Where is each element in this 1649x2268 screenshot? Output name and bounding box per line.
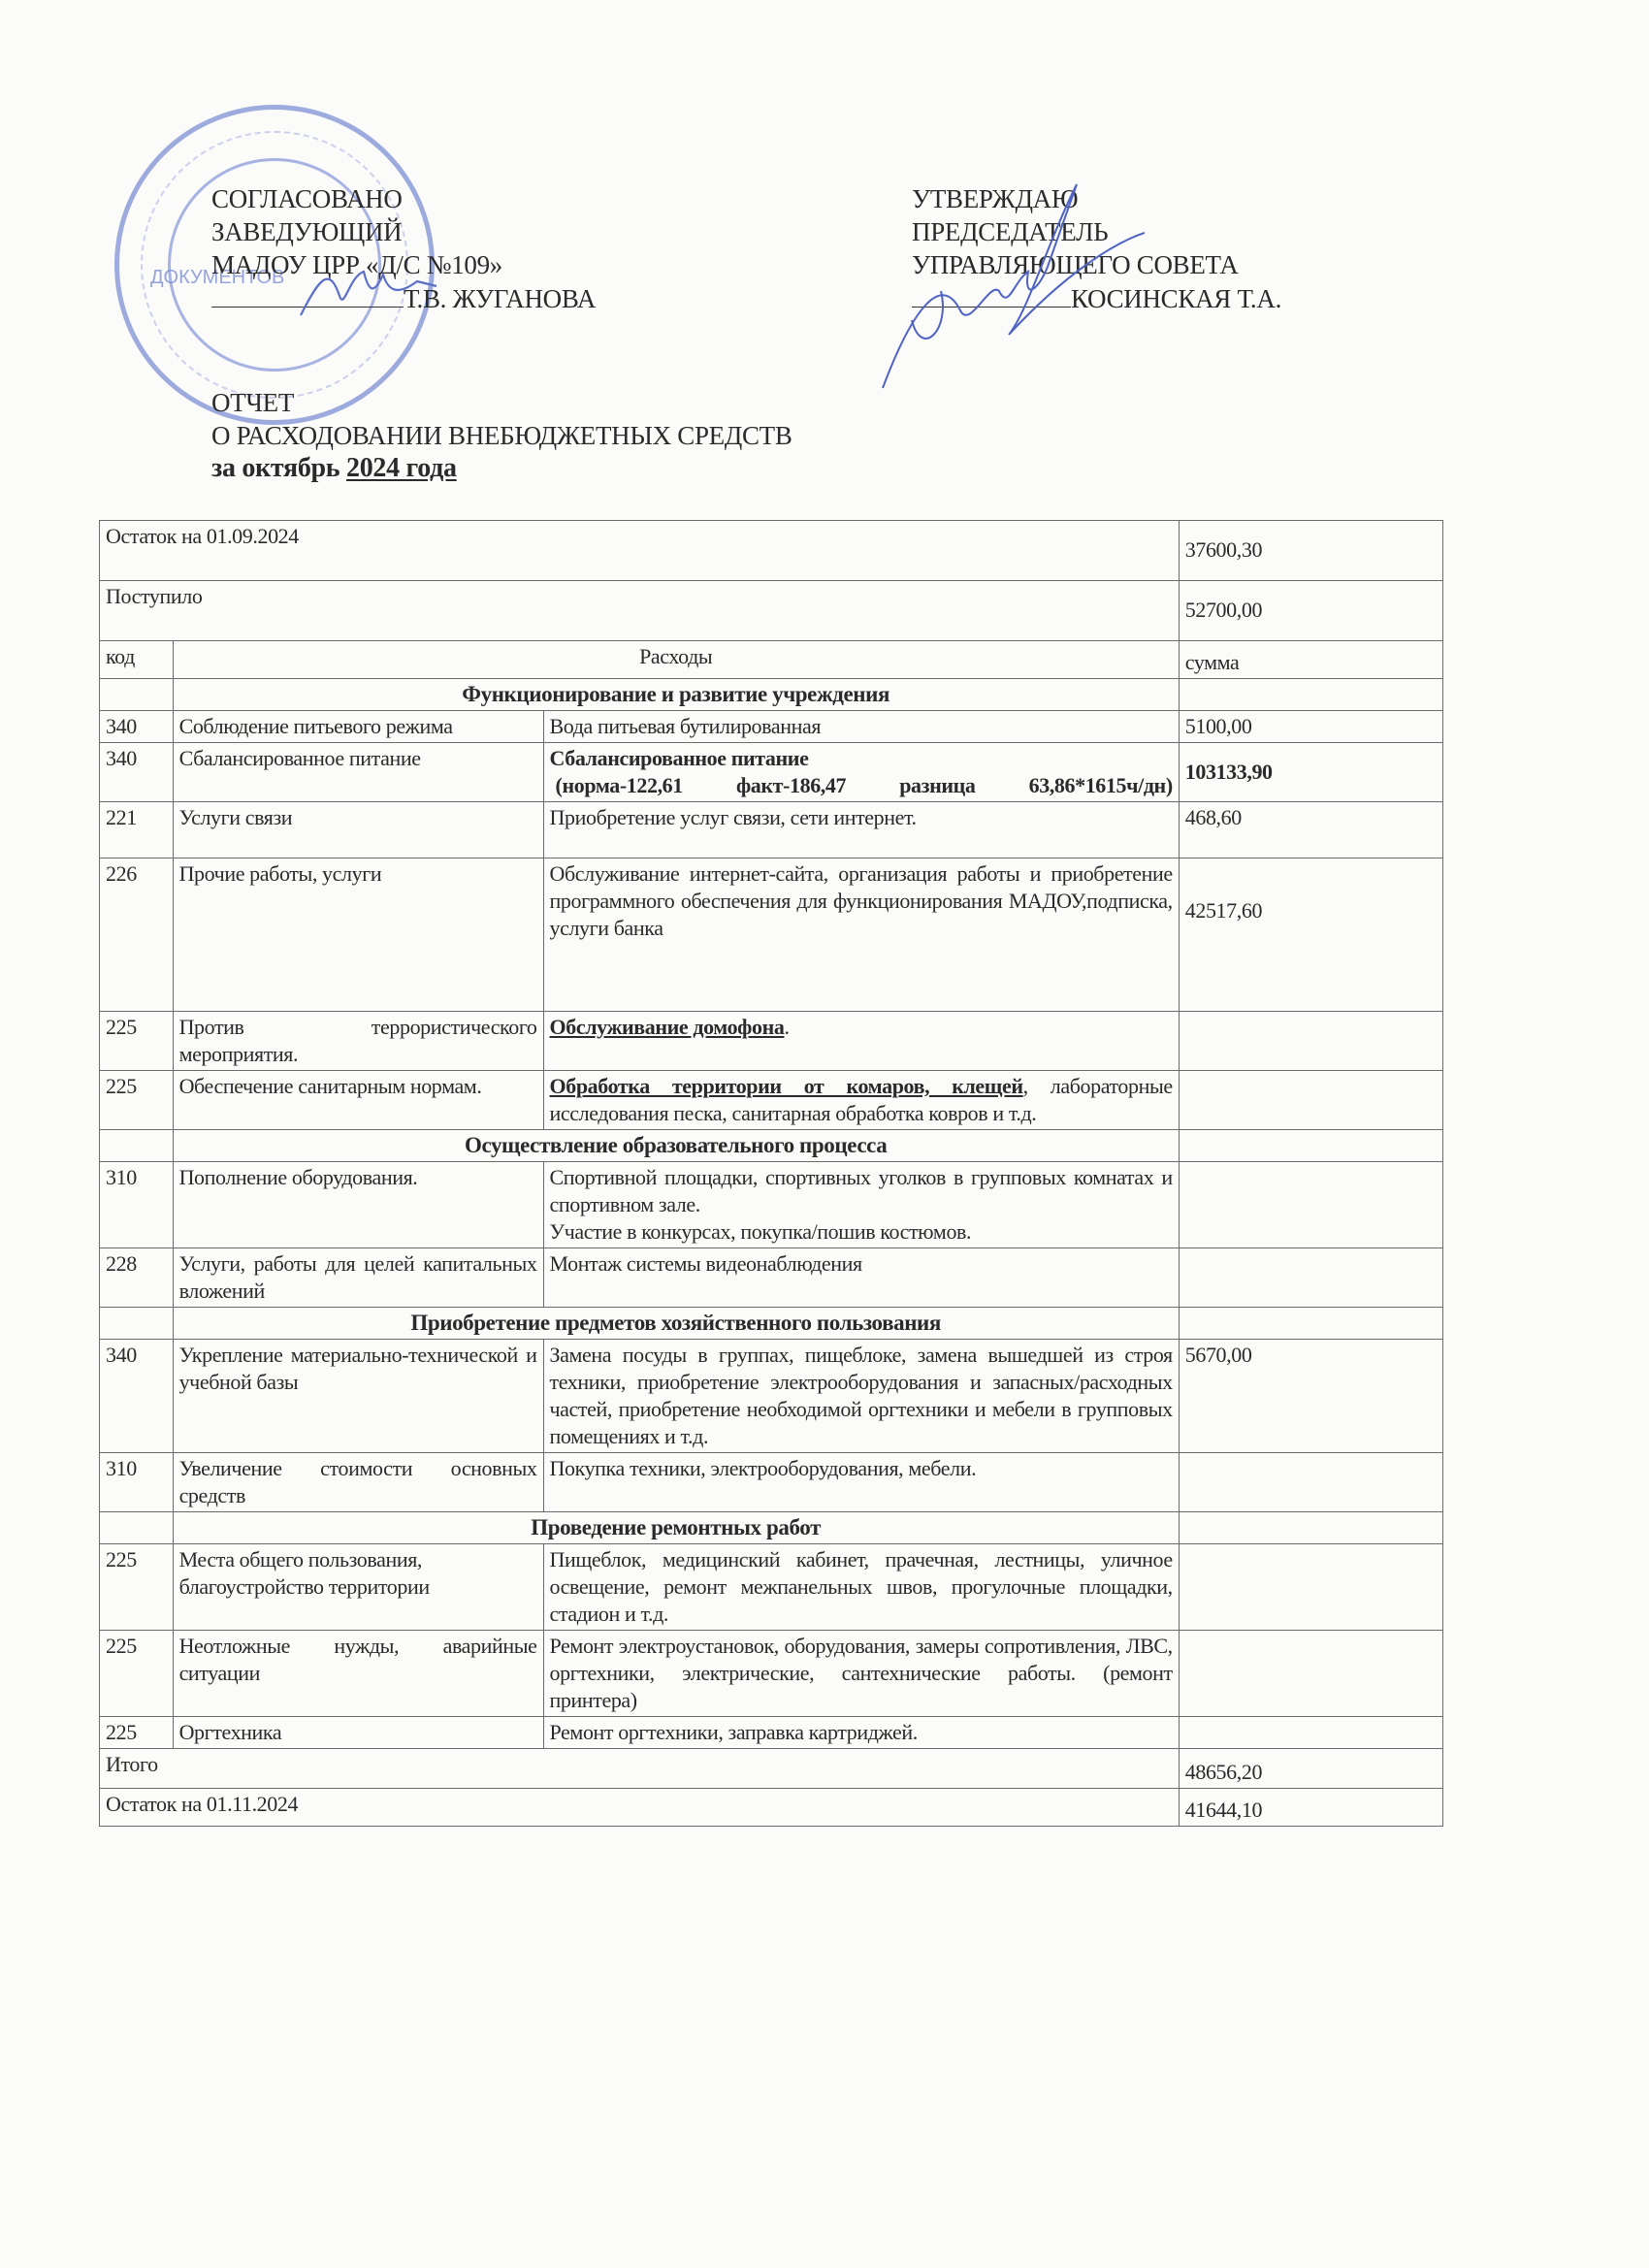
row-sum: 468,60 — [1179, 802, 1442, 859]
table-row: 310 Увеличение стоимости основных средст… — [100, 1453, 1443, 1512]
empty-cell — [1179, 1512, 1442, 1544]
row-sum — [1179, 1631, 1442, 1717]
approval-left-line2: ЗАВЕДУЮЩИЙ — [211, 215, 596, 248]
row-description: Монтаж системы видеонаблюдения — [543, 1248, 1179, 1308]
section-title: Осуществление образовательного процесса — [173, 1130, 1179, 1162]
row-code: 225 — [100, 1717, 174, 1749]
empty-cell — [100, 1130, 174, 1162]
row-category: Укрепление материально-технической и уче… — [173, 1340, 543, 1453]
row-category: Увеличение стоимости основных средств — [173, 1453, 543, 1512]
row-description: Пищеблок, медицинский кабинет, прачечная… — [543, 1544, 1179, 1631]
table-row: 228 Услуги, работы для целей капитальных… — [100, 1248, 1443, 1308]
table-row: 225 Оргтехника Ремонт оргтехники, заправ… — [100, 1717, 1443, 1749]
table-row: 225 Места общего пользования, благоустро… — [100, 1544, 1443, 1631]
row-description: Покупка техники, электрооборудования, ме… — [543, 1453, 1179, 1512]
row-category: Места общего пользования, благоустройств… — [173, 1544, 543, 1631]
row-description: Вода питьевая бутилированная — [543, 711, 1179, 743]
table-row: 225 Обеспечение санитарным нормам. Обраб… — [100, 1071, 1443, 1130]
closing-balance-value: 41644,10 — [1179, 1789, 1442, 1827]
empty-cell — [1179, 1308, 1442, 1340]
row-category: Соблюдение питьевого режима — [173, 711, 543, 743]
section-title: Проведение ремонтных работ — [173, 1512, 1179, 1544]
section-header: Осуществление образовательного процесса — [100, 1130, 1443, 1162]
header-row: код Расходы сумма — [100, 641, 1443, 679]
row-description: Спортивной площадки, спортивных уголков … — [550, 1164, 1173, 1218]
section-header: Приобретение предметов хозяйственного по… — [100, 1308, 1443, 1340]
row-category: Услуги, работы для целей капитальных вло… — [173, 1248, 543, 1308]
received-value: 52700,00 — [1179, 581, 1442, 641]
table-row: 226 Прочие работы, услуги Обслуживание и… — [100, 859, 1443, 1012]
opening-balance-label: Остаток на 01.09.2024 — [100, 521, 1180, 581]
total-label: Итого — [100, 1749, 1180, 1789]
row-category: Оргтехника — [173, 1717, 543, 1749]
row-description: Обслуживание интернет-сайта, организация… — [543, 859, 1179, 1012]
row-category: Прочие работы, услуги — [173, 859, 543, 1012]
row-code: 225 — [100, 1071, 174, 1130]
row-code: 310 — [100, 1162, 174, 1248]
row-sum — [1179, 1071, 1442, 1130]
row-description-cell: Сбалансированное питание (норма-122,61 ф… — [543, 743, 1179, 802]
row-description: Ремонт электроустановок, оборудования, з… — [543, 1631, 1179, 1717]
row-code: 340 — [100, 711, 174, 743]
row-category: Сбалансированное питание — [173, 743, 543, 802]
row-description-underlined: Обработка территории от комаров, клещей — [550, 1074, 1023, 1098]
opening-balance-row: Остаток на 01.09.2024 37600,30 — [100, 521, 1443, 581]
row-category: Против террористического мероприятия. — [173, 1012, 543, 1071]
row-description: Приобретение услуг связи, сети интернет. — [543, 802, 1179, 859]
row-code: 226 — [100, 859, 174, 1012]
title-line2: О РАСХОДОВАНИИ ВНЕБЮДЖЕТНЫХ СРЕДСТВ — [211, 419, 792, 452]
row-description-cell: Обслуживание домофона. — [543, 1012, 1179, 1071]
row-sum: 42517,60 — [1179, 859, 1442, 1012]
received-label: Поступило — [100, 581, 1180, 641]
row-description-2: Участие в конкурсах, покупка/пошив костю… — [550, 1218, 1173, 1246]
row-category: Неотложные нужды, аварийные ситуации — [173, 1631, 543, 1717]
table-row: 225 Неотложные нужды, аварийные ситуации… — [100, 1631, 1443, 1717]
row-code: 340 — [100, 743, 174, 802]
total-value: 48656,20 — [1179, 1749, 1442, 1789]
row-sum: 103133,90 — [1179, 743, 1442, 802]
row-code: 225 — [100, 1012, 174, 1071]
row-description-cell: Спортивной площадки, спортивных уголков … — [543, 1162, 1179, 1248]
section-header: Проведение ремонтных работ — [100, 1512, 1443, 1544]
row-code: 225 — [100, 1544, 174, 1631]
row-code: 310 — [100, 1453, 174, 1512]
row-category: Пополнение оборудования. — [173, 1162, 543, 1248]
row-sum — [1179, 1717, 1442, 1749]
closing-balance-label: Остаток на 01.11.2024 — [100, 1789, 1180, 1827]
expense-report-table: Остаток на 01.09.2024 37600,30 Поступило… — [99, 520, 1443, 1827]
row-code: 340 — [100, 1340, 174, 1453]
row-sum — [1179, 1248, 1442, 1308]
empty-cell — [100, 679, 174, 711]
header-code: код — [100, 641, 174, 679]
row-sum — [1179, 1012, 1442, 1071]
table-row: 225 Против террористического мероприятия… — [100, 1012, 1443, 1071]
row-sum — [1179, 1544, 1442, 1631]
row-description: Замена посуды в группах, пищеблоке, заме… — [543, 1340, 1179, 1453]
section-title: Приобретение предметов хозяйственного по… — [173, 1308, 1179, 1340]
row-description-underlined: Обслуживание домофона — [550, 1015, 785, 1039]
received-row: Поступило 52700,00 — [100, 581, 1443, 641]
empty-cell — [1179, 1130, 1442, 1162]
approval-left-line1: СОГЛАСОВАНО — [211, 182, 596, 215]
section-title: Функционирование и развитие учреждения — [173, 679, 1179, 711]
title-line1: ОТЧЕТ — [211, 386, 792, 419]
row-code: 225 — [100, 1631, 174, 1717]
empty-cell — [100, 1308, 174, 1340]
row-category: Обеспечение санитарным нормам. — [173, 1071, 543, 1130]
header-expenses: Расходы — [173, 641, 1179, 679]
row-description: . — [784, 1015, 789, 1039]
row-description: (норма-122,61 факт-186,47 разница 63,86*… — [550, 772, 1173, 799]
row-description-cell: Обработка территории от комаров, клещей,… — [543, 1071, 1179, 1130]
signature-left-icon — [291, 257, 446, 325]
row-description: Ремонт оргтехники, заправка картриджей. — [543, 1717, 1179, 1749]
report-title: ОТЧЕТ О РАСХОДОВАНИИ ВНЕБЮДЖЕТНЫХ СРЕДСТ… — [211, 386, 792, 485]
row-code: 228 — [100, 1248, 174, 1308]
row-description-title: Сбалансированное питание — [550, 745, 1173, 772]
table-row: 340 Укрепление материально-технической и… — [100, 1340, 1443, 1453]
table-row: 340 Соблюдение питьевого режима Вода пит… — [100, 711, 1443, 743]
row-sum — [1179, 1162, 1442, 1248]
signature-right-icon — [854, 165, 1145, 398]
row-sum: 5100,00 — [1179, 711, 1442, 743]
opening-balance-value: 37600,30 — [1179, 521, 1442, 581]
table-row: 340 Сбалансированное питание Сбалансиров… — [100, 743, 1443, 802]
total-row: Итого 48656,20 — [100, 1749, 1443, 1789]
empty-cell — [1179, 679, 1442, 711]
header-sum: сумма — [1179, 641, 1442, 679]
period-month: за октябрь — [211, 453, 346, 483]
report-period: за октябрь 2024 года — [211, 452, 792, 485]
row-category: Услуги связи — [173, 802, 543, 859]
section-header: Функционирование и развитие учреждения — [100, 679, 1443, 711]
table-row: 310 Пополнение оборудования. Спортивной … — [100, 1162, 1443, 1248]
empty-cell — [100, 1512, 174, 1544]
period-year: 2024 года — [346, 453, 457, 483]
row-sum: 5670,00 — [1179, 1340, 1442, 1453]
closing-balance-row: Остаток на 01.11.2024 41644,10 — [100, 1789, 1443, 1827]
row-code: 221 — [100, 802, 174, 859]
table-row: 221 Услуги связи Приобретение услуг связ… — [100, 802, 1443, 859]
row-sum — [1179, 1453, 1442, 1512]
